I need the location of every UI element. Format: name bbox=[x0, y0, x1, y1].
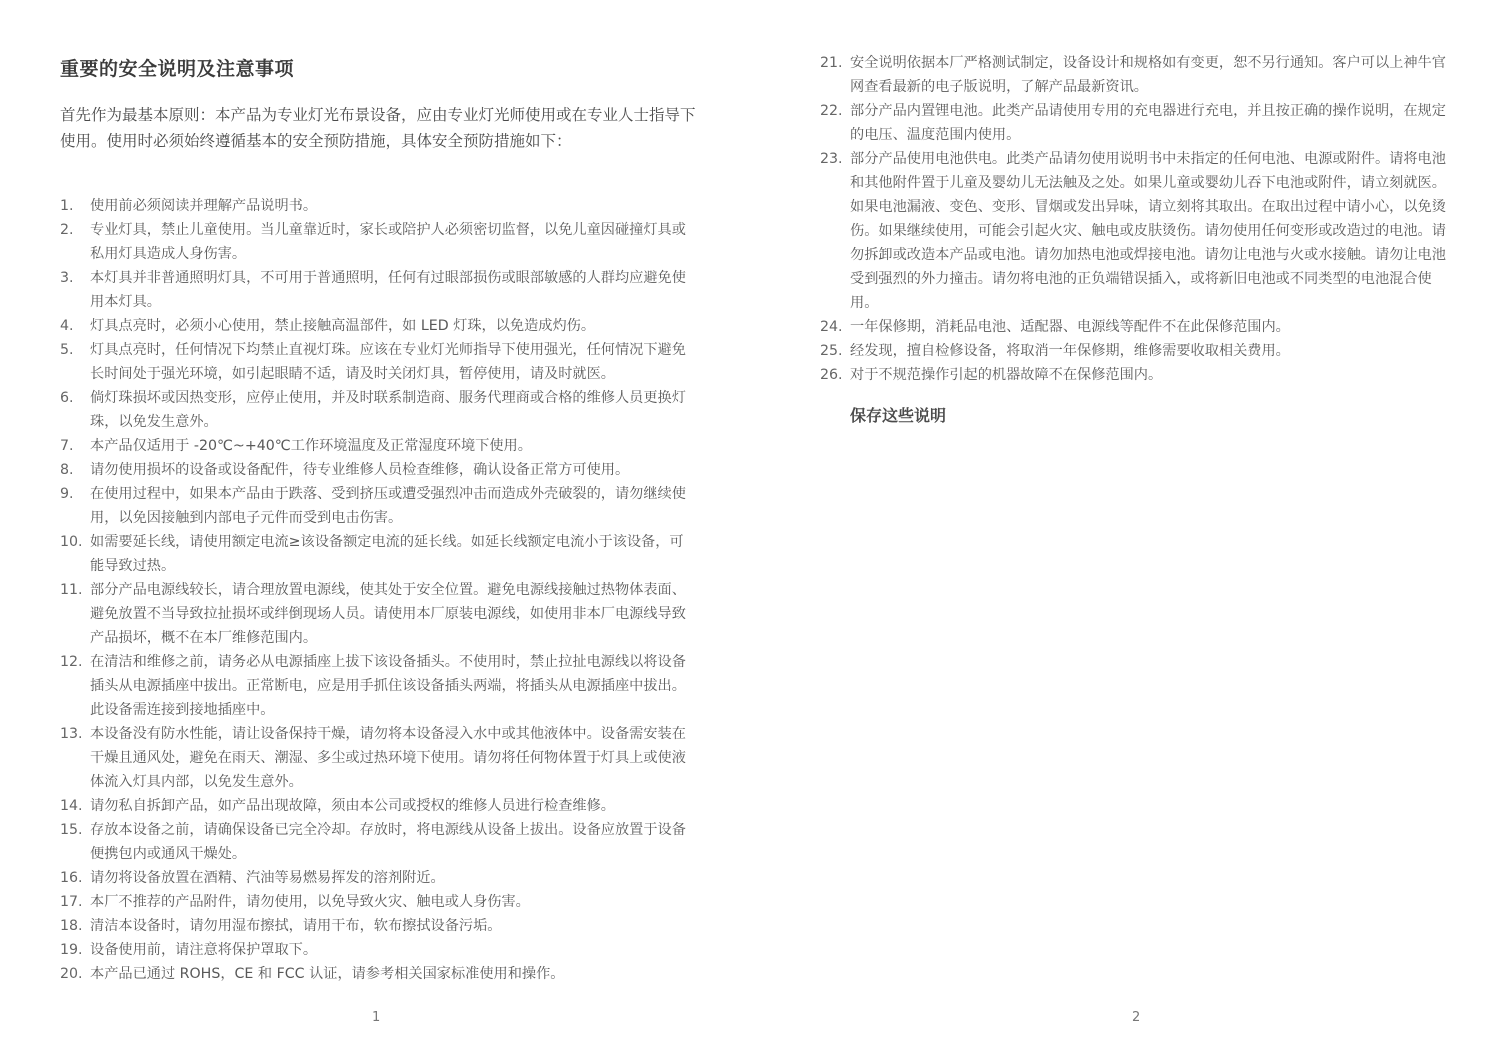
item-text: 安全说明依据本厂严格测试制定，设备设计和规格如有变更，恕不另行通知。客户可以上神… bbox=[850, 55, 1446, 95]
list-item: 10.如需要延长线，请使用额定电流≥该设备额定电流的延长线。如延长线额定电流小于… bbox=[60, 530, 696, 578]
item-text: 如需要延长线，请使用额定电流≥该设备额定电流的延长线。如延长线额定电流小于该设备… bbox=[90, 534, 684, 574]
item-number: 21. bbox=[820, 51, 848, 75]
item-text: 灯具点亮时，必须小心使用，禁止接触高温部件，如 LED 灯珠，以免造成灼伤。 bbox=[90, 318, 595, 334]
item-number: 23. bbox=[820, 147, 848, 171]
page-2: 21.安全说明依据本厂严格测试制定，设备设计和规格如有变更，恕不另行通知。客户可… bbox=[756, 0, 1512, 1058]
list-item: 12.在清洁和维修之前，请务必从电源插座上拔下该设备插头。不使用时，禁止拉扯电源… bbox=[60, 650, 696, 722]
list-item: 5.灯具点亮时，任何情况下均禁止直视灯珠。应该在专业灯光师指导下使用强光，任何情… bbox=[60, 338, 696, 386]
item-number: 22. bbox=[820, 99, 848, 123]
item-number: 26. bbox=[820, 363, 848, 387]
item-text: 清洁本设备时，请勿用湿布擦拭，请用干布，软布擦拭设备污垢。 bbox=[90, 918, 501, 934]
list-item: 24.一年保修期，消耗品电池、适配器、电源线等配件不在此保修范围内。 bbox=[820, 315, 1456, 339]
page-number: 1 bbox=[372, 1010, 380, 1025]
list-item: 22.部分产品内置锂电池。此类产品请使用专用的充电器进行充电，并且按正确的操作说… bbox=[820, 99, 1456, 147]
item-number: 8. bbox=[60, 458, 88, 482]
item-text: 在清洁和维修之前，请务必从电源插座上拔下该设备插头。不使用时，禁止拉扯电源线以将… bbox=[90, 654, 686, 718]
item-number: 7. bbox=[60, 434, 88, 458]
list-item: 3.本灯具并非普通照明灯具，不可用于普通照明，任何有过眼部损伤或眼部敏感的人群均… bbox=[60, 266, 696, 314]
list-item: 13.本设备没有防水性能，请让设备保持干燥，请勿将本设备浸入水中或其他液体中。设… bbox=[60, 722, 696, 794]
item-text: 本产品仅适用于 -20℃~+40℃工作环境温度及正常湿度环境下使用。 bbox=[90, 438, 532, 454]
item-text: 在使用过程中，如果本产品由于跌落、受到挤压或遭受强烈冲击而造成外壳破裂的，请勿继… bbox=[90, 486, 686, 526]
item-text: 部分产品内置锂电池。此类产品请使用专用的充电器进行充电，并且按正确的操作说明，在… bbox=[850, 103, 1446, 143]
list-item: 6.倘灯珠损坏或因热变形，应停止使用，并及时联系制造商、服务代理商或合格的维修人… bbox=[60, 386, 696, 434]
item-number: 9. bbox=[60, 482, 88, 506]
item-number: 6. bbox=[60, 386, 88, 410]
item-text: 倘灯珠损坏或因热变形，应停止使用，并及时联系制造商、服务代理商或合格的维修人员更… bbox=[90, 390, 686, 430]
list-item: 25.经发现，擅自检修设备，将取消一年保修期，维修需要收取相关费用。 bbox=[820, 339, 1456, 363]
item-number: 13. bbox=[60, 722, 88, 746]
list-item: 11.部分产品电源线较长，请合理放置电源线，使其处于安全位置。避免电源线接触过热… bbox=[60, 578, 696, 650]
list-item: 17.本厂不推荐的产品附件，请勿使用，以免导致火灾、触电或人身伤害。 bbox=[60, 890, 696, 914]
item-text: 本厂不推荐的产品附件，请勿使用，以免导致火灾、触电或人身伤害。 bbox=[90, 894, 530, 910]
list-item: 1.使用前必须阅读并理解产品说明书。 bbox=[60, 194, 696, 218]
item-number: 12. bbox=[60, 650, 88, 674]
item-text: 本灯具并非普通照明灯具，不可用于普通照明，任何有过眼部损伤或眼部敏感的人群均应避… bbox=[90, 270, 686, 310]
item-number: 19. bbox=[60, 938, 88, 962]
item-number: 18. bbox=[60, 914, 88, 938]
safety-list-page-1: 1.使用前必须阅读并理解产品说明书。2.专业灯具，禁止儿童使用。当儿童靠近时，家… bbox=[60, 194, 696, 986]
list-item: 21.安全说明依据本厂严格测试制定，设备设计和规格如有变更，恕不另行通知。客户可… bbox=[820, 51, 1456, 99]
item-text: 设备使用前，请注意将保护罩取下。 bbox=[90, 942, 317, 958]
item-number: 14. bbox=[60, 794, 88, 818]
list-item: 4.灯具点亮时，必须小心使用，禁止接触高温部件，如 LED 灯珠，以免造成灼伤。 bbox=[60, 314, 696, 338]
page-1: 重要的安全说明及注意事项 首先作为最基本原则：本产品为专业灯光布景设备，应由专业… bbox=[0, 0, 756, 1058]
item-text: 经发现，擅自检修设备，将取消一年保修期，维修需要收取相关费用。 bbox=[850, 343, 1290, 359]
list-item: 19.设备使用前，请注意将保护罩取下。 bbox=[60, 938, 696, 962]
list-item: 14.请勿私自拆卸产品，如产品出现故障，须由本公司或授权的维修人员进行检查维修。 bbox=[60, 794, 696, 818]
list-item: 18.清洁本设备时，请勿用湿布擦拭，请用干布，软布擦拭设备污垢。 bbox=[60, 914, 696, 938]
item-number: 20. bbox=[60, 962, 88, 986]
item-text: 本设备没有防水性能，请让设备保持干燥，请勿将本设备浸入水中或其他液体中。设备需安… bbox=[90, 726, 686, 790]
item-number: 15. bbox=[60, 818, 88, 842]
item-number: 11. bbox=[60, 578, 88, 602]
item-text: 灯具点亮时，任何情况下均禁止直视灯珠。应该在专业灯光师指导下使用强光，任何情况下… bbox=[90, 342, 686, 382]
save-instructions-heading: 保存这些说明 bbox=[850, 403, 946, 426]
item-number: 17. bbox=[60, 890, 88, 914]
item-text: 使用前必须阅读并理解产品说明书。 bbox=[90, 198, 317, 214]
item-number: 2. bbox=[60, 218, 88, 242]
list-item: 2.专业灯具，禁止儿童使用。当儿童靠近时，家长或陪护人必须密切监督，以免儿童因碰… bbox=[60, 218, 696, 266]
item-number: 25. bbox=[820, 339, 848, 363]
list-item: 16.请勿将设备放置在酒精、汽油等易燃易挥发的溶剂附近。 bbox=[60, 866, 696, 890]
item-text: 请勿使用损坏的设备或设备配件，待专业维修人员检查维修，确认设备正常方可使用。 bbox=[90, 462, 629, 478]
item-number: 5. bbox=[60, 338, 88, 362]
item-text: 请勿将设备放置在酒精、汽油等易燃易挥发的溶剂附近。 bbox=[90, 870, 445, 886]
document-title: 重要的安全说明及注意事项 bbox=[60, 54, 294, 81]
list-item: 8.请勿使用损坏的设备或设备配件，待专业维修人员检查维修，确认设备正常方可使用。 bbox=[60, 458, 696, 482]
item-number: 16. bbox=[60, 866, 88, 890]
list-item: 23.部分产品使用电池供电。此类产品请勿使用说明书中未指定的任何电池、电源或附件… bbox=[820, 147, 1456, 315]
list-item: 15.存放本设备之前，请确保设备已完全冷却。存放时，将电源线从设备上拔出。设备应… bbox=[60, 818, 696, 866]
item-text: 存放本设备之前，请确保设备已完全冷却。存放时，将电源线从设备上拔出。设备应放置于… bbox=[90, 822, 686, 862]
item-text: 部分产品使用电池供电。此类产品请勿使用说明书中未指定的任何电池、电源或附件。请将… bbox=[850, 151, 1446, 311]
item-text: 部分产品电源线较长，请合理放置电源线，使其处于安全位置。避免电源线接触过热物体表… bbox=[90, 582, 686, 646]
item-text: 请勿私自拆卸产品，如产品出现故障，须由本公司或授权的维修人员进行检查维修。 bbox=[90, 798, 615, 814]
item-text: 一年保修期，消耗品电池、适配器、电源线等配件不在此保修范围内。 bbox=[850, 319, 1290, 335]
safety-list-page-2: 21.安全说明依据本厂严格测试制定，设备设计和规格如有变更，恕不另行通知。客户可… bbox=[820, 51, 1456, 387]
item-text: 本产品已通过 ROHS，CE 和 FCC 认证，请参考相关国家标准使用和操作。 bbox=[90, 966, 564, 982]
item-text: 专业灯具，禁止儿童使用。当儿童靠近时，家长或陪护人必须密切监督，以免儿童因碰撞灯… bbox=[90, 222, 686, 262]
page-number: 2 bbox=[1132, 1010, 1140, 1025]
item-number: 4. bbox=[60, 314, 88, 338]
item-number: 10. bbox=[60, 530, 88, 554]
item-number: 24. bbox=[820, 315, 848, 339]
item-text: 对于不规范操作引起的机器故障不在保修范围内。 bbox=[850, 367, 1162, 383]
item-number: 3. bbox=[60, 266, 88, 290]
list-item: 26.对于不规范操作引起的机器故障不在保修范围内。 bbox=[820, 363, 1456, 387]
item-number: 1. bbox=[60, 194, 88, 218]
list-item: 9.在使用过程中，如果本产品由于跌落、受到挤压或遭受强烈冲击而造成外壳破裂的，请… bbox=[60, 482, 696, 530]
intro-paragraph: 首先作为最基本原则：本产品为专业灯光布景设备，应由专业灯光师使用或在专业人士指导… bbox=[60, 102, 696, 154]
list-item: 20.本产品已通过 ROHS，CE 和 FCC 认证，请参考相关国家标准使用和操… bbox=[60, 962, 696, 986]
list-item: 7.本产品仅适用于 -20℃~+40℃工作环境温度及正常湿度环境下使用。 bbox=[60, 434, 696, 458]
